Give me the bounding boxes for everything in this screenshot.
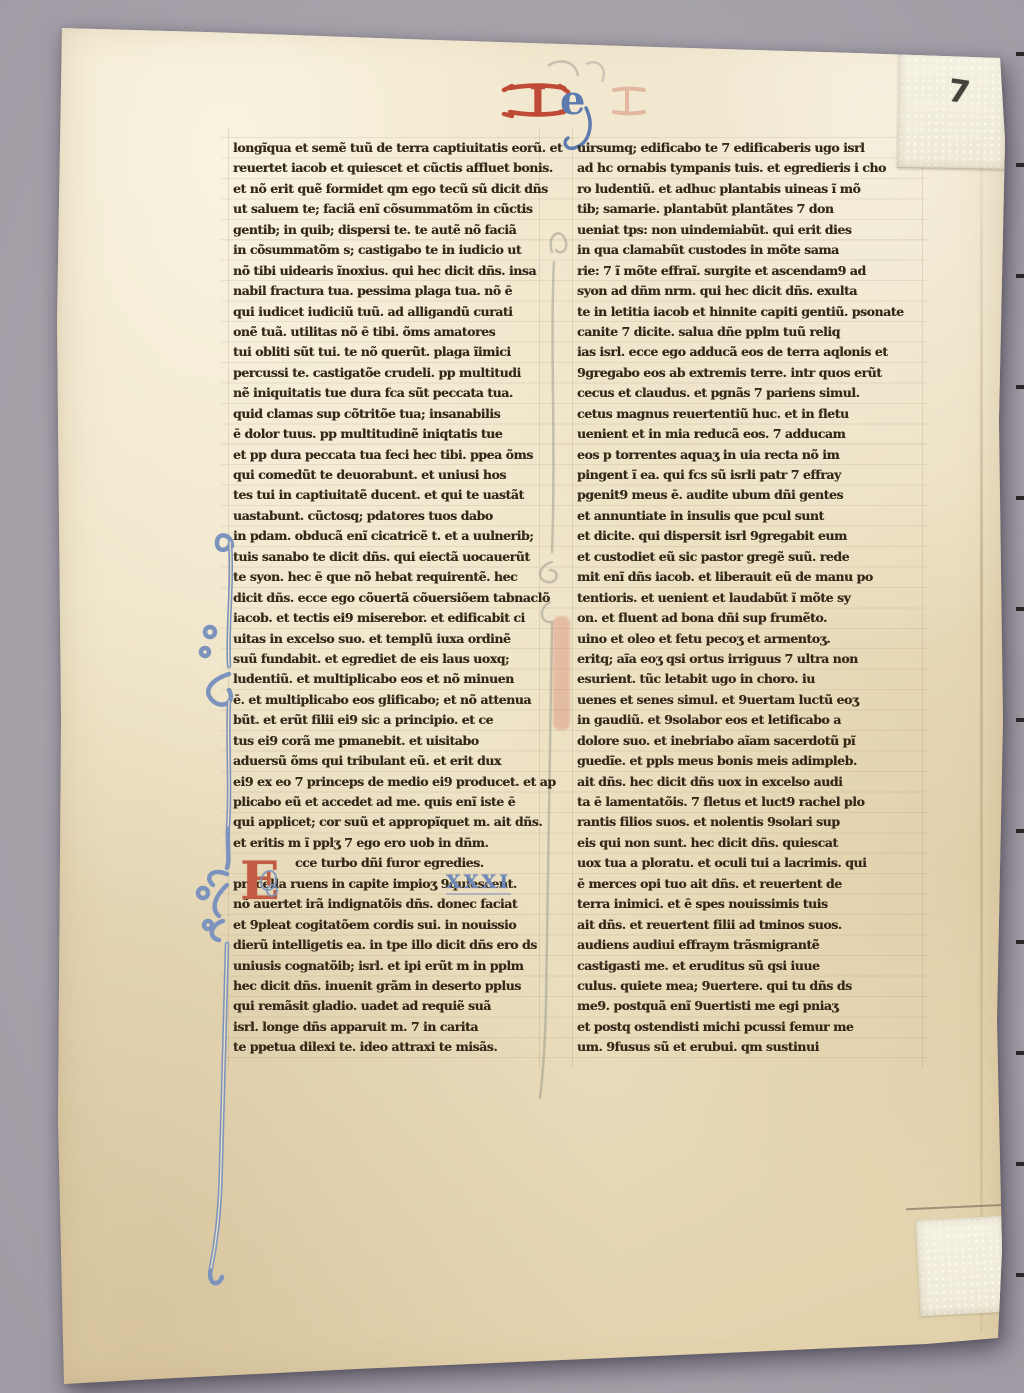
text-line: qui iudicet iudiciũ tuũ. ad alligandũ cu… [233,302,541,322]
text-line: quid clamas sup cõtritõe tua; insanabili… [233,404,541,424]
text-line: terra inimici. et ē spes nouissimis tuis [577,894,921,914]
text-line: uirsumq; edificabo te 7 edificaberis ugo… [577,138,921,158]
initial-blue-infill-dot [266,884,278,897]
parchment-page: I e 7 [56,20,1006,1386]
bottom-right-crease [906,1204,1008,1210]
text-line: ē dolor tuus. pp multitudinẽ iniqtatis t… [233,424,541,444]
text-column-left: longĩqua et semẽ tuũ de terra captiuitat… [233,138,541,1058]
text-line: audiens audiui effraym trãsmigrantẽ [577,935,921,955]
faded-initial-showthrough [553,616,570,730]
text-line: et 9pleat cogitatõem cordis sui. in noui… [233,915,541,935]
text-line: ludentiũ. et multiplicabo eos et nõ minu… [233,669,541,689]
text-line: et annuntiate in insulis que pcul sunt [577,506,921,526]
text-line: rie: 7 ĩ mõte effraĩ. surgite et ascenda… [577,261,921,281]
text-line: esurient. tũc letabit ugo in choro. iu [577,669,921,689]
decorated-initial-e: E [240,854,296,914]
text-line: uox tua a ploratu. et oculi tui a lacrim… [577,853,921,873]
text-line: aduersũ õms qui tribulant eũ. et erit du… [233,751,541,771]
text-line: ueniat tps: non uindemiabũt. qui erit di… [577,220,921,240]
manuscript-photograph: I e 7 [0,0,1024,1393]
text-line: et pp dura peccata tua feci hec tibi. pp… [233,445,541,465]
text-line: dierũ intelligetis ea. in tpe illo dicit… [233,935,541,955]
ruler-tick-marks [1016,52,1024,1382]
parchment-fold-crease [980,62,983,1332]
text-line: ias isrl. ecce ego adducã eos de terra a… [577,342,921,362]
text-line: tuis sanabo te dicit dñs. qui eiectã uoc… [233,547,541,567]
text-line: in cõsummatõm s; castigabo te in iudicio… [233,240,541,260]
manuscript-page-wrap: I e 7 [56,20,1006,1386]
text-line: 9gregabo eos ab extremis terre. intr quo… [577,363,921,383]
text-line: culus. quiete mea; 9uertere. qui tu dñs … [577,976,921,996]
text-line: ait dñs. et reuertent filii ad tminos su… [577,915,921,935]
text-line: tentioris. et uenient et laudabũt ĩ mõte… [577,588,921,608]
repair-patch-bottom-right [916,1216,1009,1316]
text-line: reuertet iacob et quiescet et cũctis aff… [233,158,541,178]
text-line: uenient et in mia reducã eos. 7 adducam [577,424,921,444]
running-title-red-letter: I [529,79,547,124]
text-line: in gaudiũ. et 9solabor eos et letificabo… [577,710,921,730]
text-line: nẽ iniquitatis tue dura fca sũt peccata … [233,383,541,403]
text-line: ē merces opi tuo ait dñs. et reuertent d… [577,874,921,894]
text-line: ē. et multiplicabo eos glificabo; et nõ … [233,690,541,710]
text-line: canite 7 dicite. salua dñe pplm tuũ reli… [577,322,921,342]
text-line: tib; samarie. plantabũt plantãtes 7 don [577,199,921,219]
showthrough-arc [586,62,604,82]
text-line: ta ē lamentatõis. 7 fletus et luct9 rach… [577,792,921,812]
text-line: isrl. longe dñs apparuit m. 7 in carita [233,1017,541,1037]
text-line: ei9 ex eo 7 princeps de medio ei9 produc… [233,772,541,792]
text-line: longĩqua et semẽ tuũ de terra captiuitat… [233,138,541,158]
text-line: et custodiet eũ sic pastor gregẽ suũ. re… [577,547,921,567]
chapter-numeral: XXXI [446,871,511,895]
text-line: ut saluem te; faciã enĩ cõsummatõm in cũ… [233,199,541,219]
running-title-blue-letter: e [560,77,585,124]
text-line: guedĩe. et ppls meus bonis meis adimpleb… [577,751,921,771]
text-line: et dicite. qui dispersit isrl 9gregabit … [577,526,921,546]
text-line: uniusis cognatõib; isrl. et ipi erũt m i… [233,956,541,976]
text-line: dolore suo. et inebriabo aĩam sacerdotũ … [577,731,921,751]
text-line: tui obliti sũt tui. te nõ querũt. plaga … [233,342,541,362]
text-line: uino et oleo et fetu pecoʒ et armentoʒ. [577,629,921,649]
text-line: qui remãsit gladio. uadet ad requiẽ suã [233,996,541,1016]
text-line: suũ fundabit. et egrediet de eis laus uo… [233,649,541,669]
text-line: ait dñs. hec dicit dñs uox in excelso au… [577,772,921,792]
text-line: eos p torrentes aquaʒ in uia recta nõ im [577,445,921,465]
text-line: uitas in excelso suo. et templũ iuxa ord… [233,629,541,649]
text-line: dicit dñs. ecce ego cõuertã cõuersiõem t… [233,588,541,608]
text-line: qui comedũt te deuorabunt. et uniusi hos [233,465,541,485]
text-line: bũt. et erũt filii ei9 sic a principio. … [233,710,541,730]
text-line: iacob. et tectis ei9 miserebor. et edifi… [233,608,541,628]
text-line: plicabo eũ et accedet ad me. quis enĩ is… [233,792,541,812]
text-line: eritq; aĩa eoʒ qsi ortus irriguus 7 ultr… [577,649,921,669]
text-line: hec dicit dñs. inuenit grãm in deserto p… [233,976,541,996]
text-line: uenes et senes simul. et 9uertam luctũ e… [577,690,921,710]
showthrough-arc [548,61,578,76]
text-line: nõ tibi uidearis ĩnoxius. qui hec dicit … [233,261,541,281]
ruling-vertical-right [922,128,923,1068]
text-line: percussi te. castigatõe crudeli. pp mult… [233,363,541,383]
text-line: et nõ erit quẽ formidet qm ego tecũ sũ d… [233,179,541,199]
text-line: cetus magnus reuertentiũ huc. et in flet… [577,404,921,424]
text-line: me9. postquã enĩ 9uertisti me egi pniaʒ [577,996,921,1016]
text-line: mit enĩ dñs iacob. et liberauit eũ de ma… [577,567,921,587]
text-line: in qua clamabũt custodes in mõte sama [577,240,921,260]
text-line: syon ad dñm nrm. qui hec dicit dñs. exul… [577,281,921,301]
text-line: eis qui non sunt. hec dicit dñs. quiesca… [577,833,921,853]
text-line: onẽ tuã. utilitas nõ ē tibi. õms amatore… [233,322,541,342]
text-line: nabil fractura tua. pessima plaga tua. n… [233,281,541,301]
text-line: tes tui in captiuitatẽ ducent. et qui te… [233,485,541,505]
text-line: rantis filios suos. et nolentis 9solari … [577,812,921,832]
text-line: on. et fluent ad bona dñi sup frumẽto. [577,608,921,628]
text-line: castigasti me. et eruditus sũ qsi iuue [577,956,921,976]
text-line: te in letitia iacob et hinnite capiti ge… [577,302,921,322]
text-line: qui applicet; cor suũ et appropĩquet m. … [233,812,541,832]
text-line: in pdam. obducã enĩ cicatricẽ t. et a uu… [233,526,541,546]
text-line: te syon. hec ē que nõ hebat requirentẽ. … [233,567,541,587]
text-line: um. 9fusus sũ et erubui. qm sustinui [577,1037,921,1057]
text-line: ro ludentiũ. et adhuc plantabis uineas ĩ… [577,179,921,199]
text-line: pgenit9 meus ē. audite ubum dñi gentes [577,485,921,505]
text-line: uastabunt. cũctosq; pdatores tuos dabo [233,506,541,526]
text-line: tus ei9 corã me pmanebit. et uisitabo [233,731,541,751]
text-line: te ppetua dilexi te. ideo attraxi te mis… [233,1037,541,1057]
faded-red-showthrough-letter [614,89,644,114]
text-line: cecus et claudus. et pgnãs 7 pariens sim… [577,383,921,403]
folio-number: 7 [946,73,972,112]
text-line: pingent ĩ ea. qui fcs sũ isrli patr 7 ef… [577,465,921,485]
text-line: gentib; in quib; dispersi te. te autẽ nõ… [233,220,541,240]
text-line: ad hc ornabis tympanis tuis. et egredier… [577,158,921,178]
text-column-right: uirsumq; edificabo te 7 edificaberis ugo… [577,138,921,1058]
text-line: et postq ostendisti michi pcussi femur m… [577,1017,921,1037]
